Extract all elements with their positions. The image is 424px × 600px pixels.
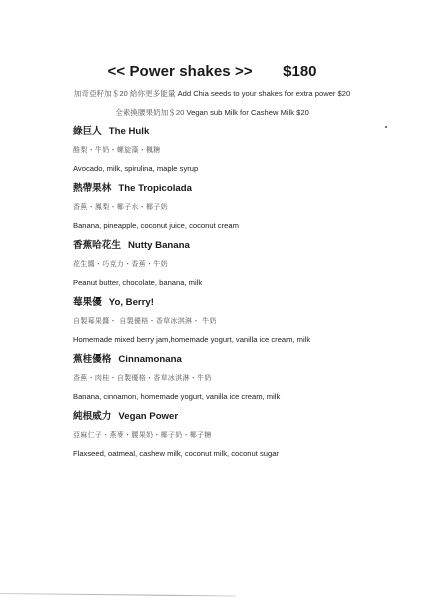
section-title: << Power shakes >> xyxy=(107,63,252,80)
item-name-zh: 熱帶果林 xyxy=(73,183,111,194)
scan-speck xyxy=(385,126,387,128)
item-ingredients-zh: 亞麻仁子・燕麥・腰果奶・椰子奶・椰子糖 xyxy=(73,430,373,440)
menu-item-the-tropicolada: 熱帶果林The Tropicolada 香蕉・鳳梨・椰子水・椰子奶 Banana… xyxy=(73,182,373,231)
item-ingredients-en: Banana, pineapple, coconut juice, coconu… xyxy=(73,221,373,231)
item-name-en: The Tropicolada xyxy=(118,183,192,194)
item-name-en: Yo, Berry! xyxy=(109,297,154,308)
item-ingredients-en: Avocado, milk, spirulina, maple syrup xyxy=(73,164,373,174)
item-ingredients-zh: 花生醬・巧克力・香蕉・牛奶 xyxy=(73,259,373,269)
item-ingredients-zh: 香蕉・鳳梨・椰子水・椰子奶 xyxy=(73,202,373,212)
chia-seed-note: 加奇亞籽加＄20 給你更多能量 Add Chia seeds to your s… xyxy=(0,88,424,99)
item-name-en: The Hulk xyxy=(109,126,150,137)
item-name: 純根威力Vegan Power xyxy=(73,410,373,424)
menu-item-nutty-banana: 香蕉哈花生Nutty Banana 花生醬・巧克力・香蕉・牛奶 Peanut b… xyxy=(73,239,373,288)
item-name-zh: 香蕉哈花生 xyxy=(73,240,121,251)
item-name-en: Vegan Power xyxy=(118,411,178,422)
chia-seed-note-zh: 加奇亞籽加＄20 給你更多能量 xyxy=(74,89,176,98)
section-price: $180 xyxy=(283,63,316,80)
item-name: 蕉桂優格Cinnamonana xyxy=(73,353,373,367)
item-name-zh: 純根威力 xyxy=(73,411,111,422)
item-name: 莓果優Yo, Berry! xyxy=(73,296,373,310)
menu-item-vegan-power: 純根威力Vegan Power 亞麻仁子・燕麥・腰果奶・椰子奶・椰子糖 Flax… xyxy=(73,410,373,459)
item-ingredients-en: Homemade mixed berry jam,homemade yogurt… xyxy=(73,335,373,345)
menu-item-cinnamonana: 蕉桂優格Cinnamonana 香蕉・肉桂・自製優格・香草冰淇淋・牛奶 Bana… xyxy=(73,353,373,402)
item-ingredients-en: Banana, cinnamon, homemade yogurt, vanil… xyxy=(73,392,373,402)
item-name-en: Cinnamonana xyxy=(118,354,181,365)
vegan-milk-note-zh: 全素換腰果奶加＄20 xyxy=(115,108,184,117)
vegan-milk-note: 全素換腰果奶加＄20 Vegan sub Milk for Cashew Mil… xyxy=(0,107,424,118)
menu-header: << Power shakes >> $180 xyxy=(0,63,424,81)
item-name-zh: 莓果優 xyxy=(73,297,102,308)
item-name-en: Nutty Banana xyxy=(128,240,190,251)
item-ingredients-zh: 自製莓果醬・ 自製優格・香草冰淇淋・ 牛奶 xyxy=(73,316,373,326)
item-ingredients-en: Peanut butter, chocolate, banana, milk xyxy=(73,278,373,288)
menu-item-the-hulk: 綠巨人The Hulk 酪梨・牛奶・螺旋藻・楓糖 Avocado, milk, … xyxy=(73,125,373,174)
item-ingredients-zh: 香蕉・肉桂・自製優格・香草冰淇淋・牛奶 xyxy=(73,373,373,383)
item-name-zh: 蕉桂優格 xyxy=(73,354,111,365)
chia-seed-note-en: Add Chia seeds to your shakes for extra … xyxy=(178,89,351,98)
item-name: 綠巨人The Hulk xyxy=(73,125,373,139)
scan-edge-line xyxy=(0,593,236,596)
item-ingredients-en: Flaxseed, oatmeal, cashew milk, coconut … xyxy=(73,449,373,459)
menu-page: << Power shakes >> $180 加奇亞籽加＄20 給你更多能量 … xyxy=(0,0,424,600)
item-name: 香蕉哈花生Nutty Banana xyxy=(73,239,373,253)
vegan-milk-note-en: Vegan sub Milk for Cashew Milk $20 xyxy=(186,108,308,117)
item-ingredients-zh: 酪梨・牛奶・螺旋藻・楓糖 xyxy=(73,145,373,155)
item-name-zh: 綠巨人 xyxy=(73,126,102,137)
item-name: 熱帶果林The Tropicolada xyxy=(73,182,373,196)
menu-item-yo-berry: 莓果優Yo, Berry! 自製莓果醬・ 自製優格・香草冰淇淋・ 牛奶 Home… xyxy=(73,296,373,345)
